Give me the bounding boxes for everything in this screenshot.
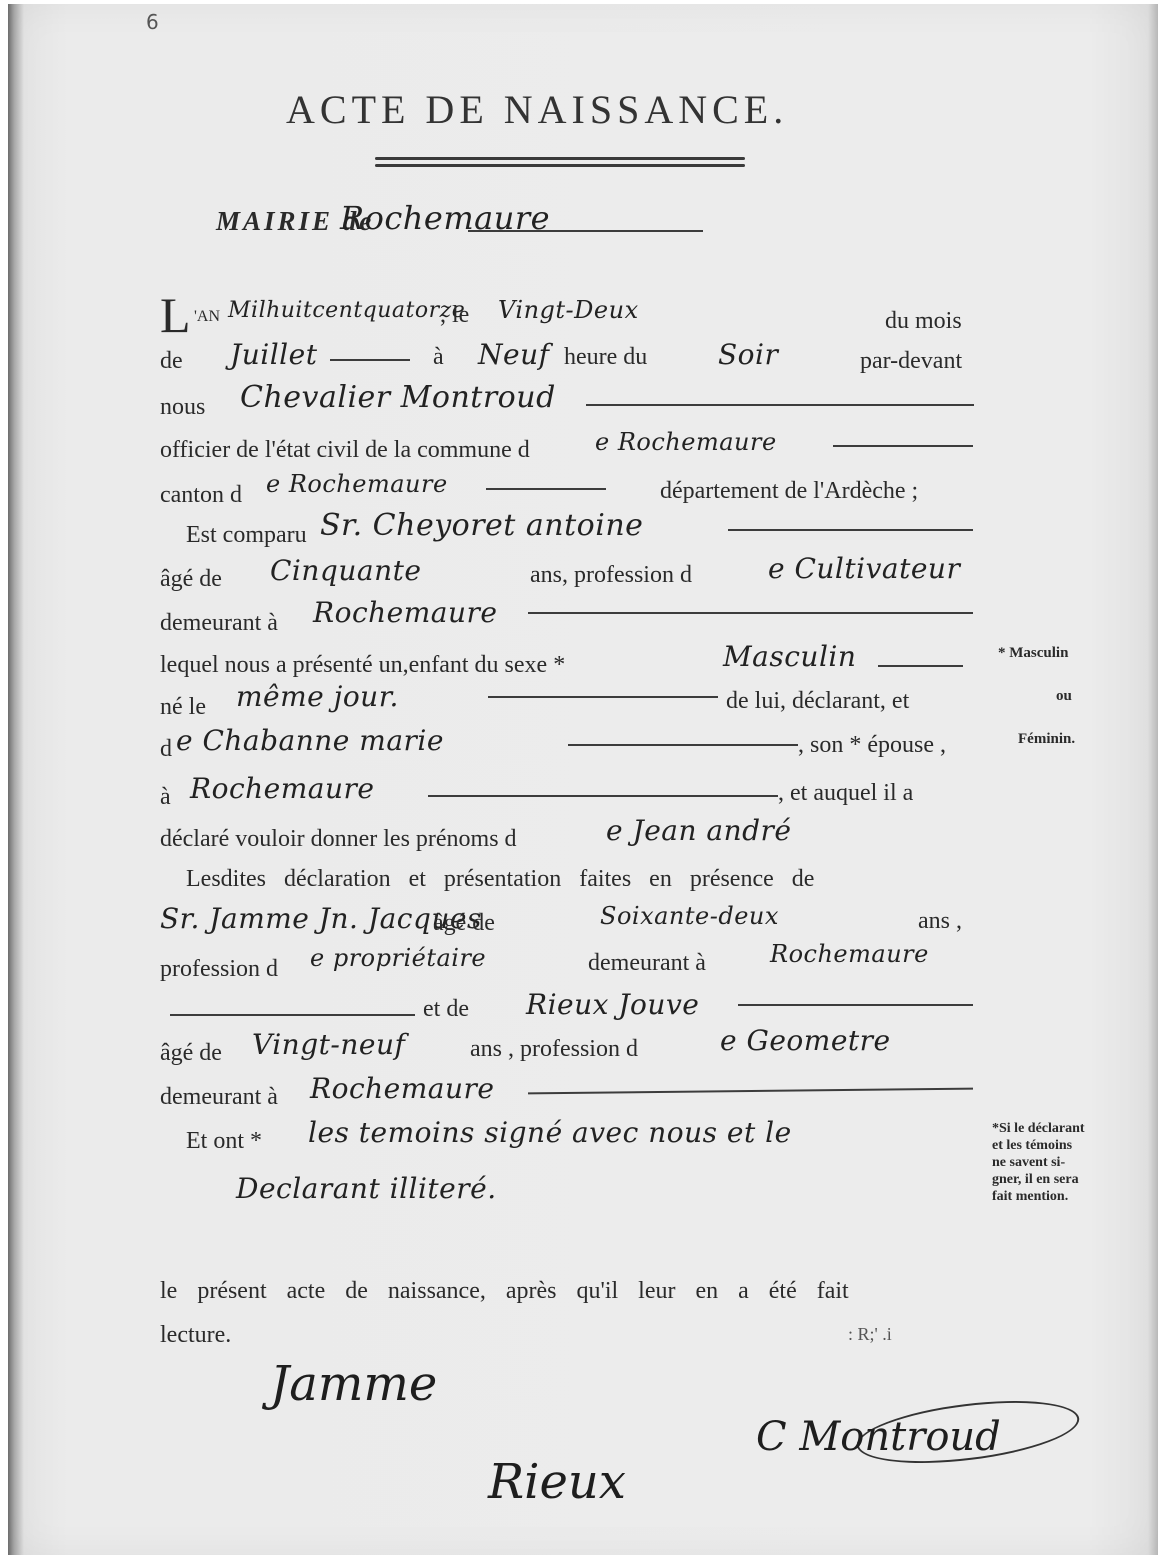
fill-line	[528, 612, 973, 614]
comparu-label: Est comparu	[186, 522, 307, 549]
fill-line	[728, 529, 973, 531]
par-devant-label: par-devant	[860, 348, 962, 375]
a-label: à	[433, 344, 444, 371]
present-acte-label: le présent acte de naissance, après qu'i…	[160, 1278, 849, 1305]
fill-line	[468, 230, 703, 232]
faded-stamp: : R;' .i	[848, 1324, 892, 1345]
fill-line	[428, 795, 778, 797]
mother-name-value: e Chabanne marie	[176, 724, 444, 757]
du-mois-label: du mois	[885, 308, 962, 335]
fill-line	[738, 1004, 973, 1006]
et-de-label: et de	[423, 996, 469, 1023]
auquel-label: , et auquel il a	[778, 780, 913, 807]
heure-du-label: heure du	[564, 344, 647, 371]
sexe-value: Masculin	[723, 640, 856, 673]
witness1-profession-value: e propriétaire	[310, 944, 486, 972]
et-ont-label: Et ont *	[186, 1128, 262, 1155]
title-rule-bottom	[375, 164, 745, 167]
birthplace-value: Rochemaure	[190, 772, 374, 805]
canton-label: canton d	[160, 482, 242, 509]
signature-rieux: Rieux	[488, 1454, 626, 1510]
signature-montroud: C Montroud	[756, 1414, 1001, 1460]
age-label: âgé de	[433, 910, 495, 937]
sexe-label: lequel nous a présenté un,enfant du sexe…	[160, 652, 565, 679]
fill-line	[486, 488, 606, 490]
period-value: Soir	[718, 338, 778, 371]
profession-label: ans, profession d	[530, 562, 692, 589]
canton-value: e Rochemaure	[266, 470, 448, 498]
fill-line	[488, 696, 718, 698]
d-label: d	[160, 736, 172, 763]
fill-line	[330, 359, 410, 361]
margin-note-sexe: * Masculin	[998, 644, 1068, 662]
declarant-name-value: Sr. Cheyoret antoine	[320, 508, 643, 543]
fill-line	[170, 1014, 415, 1016]
le-label: , le	[440, 302, 469, 329]
title-rule-top	[375, 157, 745, 160]
signature-note-value-line2: Declarant illiteré.	[236, 1172, 497, 1205]
officier-label: officier de l'état civil de la commune d	[160, 437, 530, 464]
birth-day-value: même jour.	[236, 680, 399, 713]
demeurant-label: demeurant à	[588, 950, 706, 977]
note-line: gner, il en sera	[992, 1171, 1085, 1188]
note-line: Féminin.	[1018, 730, 1075, 748]
note-line: fait mention.	[992, 1188, 1085, 1205]
declarant-residence-value: Rochemaure	[313, 596, 497, 629]
officer-value: Chevalier Montroud	[240, 380, 556, 415]
commune-value: e Rochemaure	[595, 428, 777, 456]
ne-le-label: né le	[160, 694, 206, 721]
month-value: Juillet	[230, 338, 317, 371]
declarant-profession-value: e Cultivateur	[768, 552, 960, 585]
witness2-profession-value: e Geometre	[720, 1024, 891, 1057]
fill-line	[833, 445, 973, 447]
ans-label: ans ,	[918, 908, 962, 935]
declarant-age-value: Cinquante	[270, 554, 421, 587]
child-given-names-value: e Jean andré	[606, 814, 792, 847]
signature-note-value-line1: les temoins signé avec nous et le	[308, 1116, 792, 1149]
nous-label: nous	[160, 394, 205, 421]
epouse-label: , son * épouse ,	[798, 732, 946, 759]
signature-jamme: Jamme	[270, 1356, 437, 1412]
day-value: Vingt-Deux	[498, 296, 639, 324]
birth-certificate-page: 6 ACTE DE NAISSANCE. MAIRIE de Rochemaur…	[8, 4, 1158, 1555]
presence-label: Lesdites déclaration et présentation fai…	[186, 866, 814, 893]
de-lui-label: de lui, déclarant, et	[726, 688, 909, 715]
fill-line	[586, 404, 974, 406]
witness1-age-value: Soixante-deux	[600, 902, 779, 930]
de-label: de	[160, 348, 183, 375]
note-line: ne savent si-	[992, 1154, 1085, 1171]
profession-label: ans , profession d	[470, 1036, 638, 1063]
corner-mark: 6	[146, 10, 159, 34]
witness2-name-value: Rieux Jouve	[526, 988, 699, 1021]
hour-value: Neuf	[478, 338, 549, 371]
witness1-residence-value: Rochemaure	[770, 940, 929, 968]
document-title: ACTE DE NAISSANCE.	[286, 86, 788, 133]
note-line: *Si le déclarant	[992, 1120, 1085, 1137]
fill-line	[528, 1088, 973, 1094]
age-label: âgé de	[160, 1040, 222, 1067]
witness2-residence-value: Rochemaure	[310, 1072, 494, 1105]
margin-note-signature: *Si le déclarant et les témoins ne saven…	[992, 1120, 1085, 1205]
witness2-age-value: Vingt-neuf	[252, 1028, 405, 1061]
note-line: et les témoins	[992, 1137, 1085, 1154]
fill-line	[878, 665, 963, 667]
lecture-label: lecture.	[160, 1322, 231, 1349]
a-label: à	[160, 784, 171, 811]
fill-line	[568, 744, 798, 746]
year-value: Milhuitcentquatorze	[228, 298, 465, 323]
an-label: 'AN	[194, 308, 220, 326]
drop-cap: L	[160, 286, 191, 344]
age-label: âgé de	[160, 566, 222, 593]
note-line: * Masculin	[998, 644, 1068, 662]
departement-label: département de l'Ardèche ;	[660, 478, 918, 505]
prenoms-label: déclaré vouloir donner les prénoms d	[160, 826, 517, 853]
note-line: ou	[1056, 687, 1072, 705]
profession-label: profession d	[160, 956, 278, 983]
demeurant-label: demeurant à	[160, 1084, 278, 1111]
demeurant-label: demeurant à	[160, 610, 278, 637]
